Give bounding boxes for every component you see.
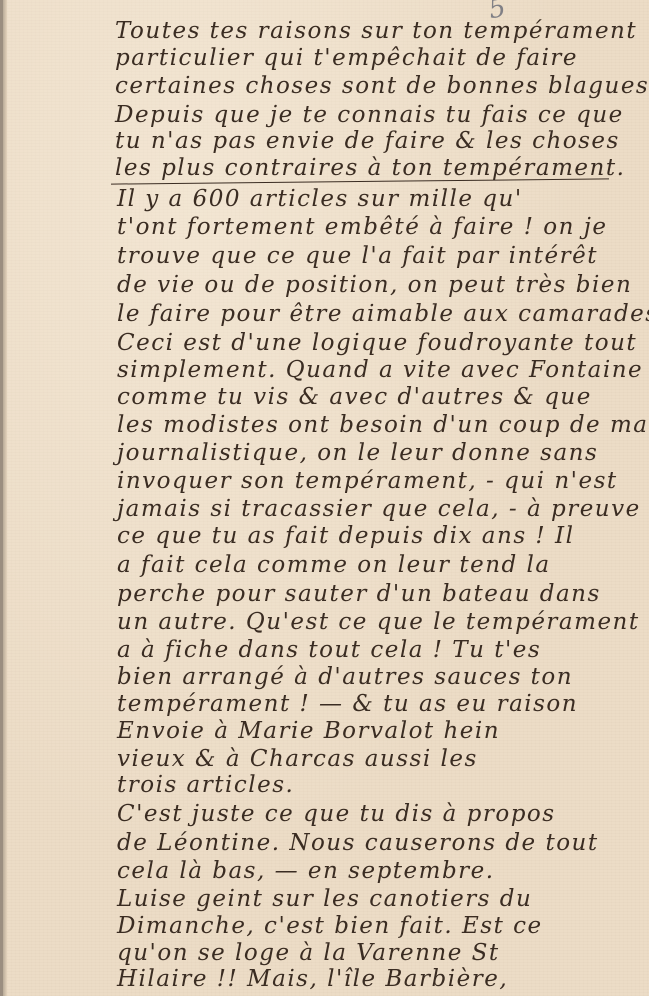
letter-line: de Léontine. Nous causerons de tout	[117, 830, 599, 856]
letter-line: t'ont fortement embêté à faire ! on je	[117, 214, 608, 240]
letter-line: Depuis que je te connais tu fais ce que	[115, 102, 624, 128]
letter-line: Envoie à Marie Borvalot hein	[117, 718, 500, 744]
letter-line: bien arrangé à d'autres sauces ton	[117, 664, 573, 690]
letter-line: trouve que ce que l'a fait par intérêt	[117, 243, 598, 269]
letter-page: 5 Toutes tes raisons sur ton tempérament…	[0, 0, 649, 996]
letter-line: Ceci est d'une logique foudroyante tout	[117, 330, 637, 356]
letter-line: trois articles.	[117, 772, 294, 798]
letter-line: C'est juste ce que tu dis à propos	[117, 801, 556, 827]
letter-line: le faire pour être aimable aux camarades…	[117, 301, 649, 327]
letter-line: vieux & à Charcas aussi les	[117, 746, 478, 772]
letter-line: les plus contraires à ton tempérament.	[115, 155, 625, 181]
letter-line: de vie ou de position, on peut très bien	[117, 272, 632, 298]
letter-line: cela là bas, — en septembre.	[117, 858, 495, 884]
letter-line: Dimanche, c'est bien fait. Est ce	[117, 913, 543, 939]
letter-line: jamais si tracassier que cela, - à preuv…	[117, 496, 641, 522]
letter-line: Toutes tes raisons sur ton tempérament	[115, 18, 637, 44]
letter-line: journalistique, on le leur donne sans	[117, 440, 598, 466]
letter-line: a à fiche dans tout cela ! Tu t'es	[117, 637, 541, 663]
letter-line: Il y a 600 articles sur mille qu'	[117, 186, 523, 212]
letter-line: tu n'as pas envie de faire & les choses	[115, 128, 620, 154]
letter-line: particulier qui t'empêchait de faire	[115, 45, 578, 71]
letter-line: certaines choses sont de bonnes blagues.	[115, 73, 649, 99]
page-edge	[3, 0, 7, 996]
letter-line: Luise geint sur les canotiers du	[117, 886, 532, 912]
letter-line: tempérament ! — & tu as eu raison	[117, 691, 578, 717]
letter-line: Hilaire !! Mais, l'île Barbière,	[117, 966, 508, 992]
letter-line: comme tu vis & avec d'autres & que	[117, 384, 592, 410]
letter-line: perche pour sauter d'un bateau dans	[117, 581, 601, 607]
letter-line: qu'on se loge à la Varenne St	[117, 940, 500, 966]
letter-line: un autre. Qu'est ce que le tempérament	[117, 609, 640, 635]
letter-line: invoquer son tempérament, - qui n'est	[117, 468, 618, 494]
letter-line: les modistes ont besoin d'un coup de mai…	[117, 412, 649, 438]
letter-line: a fait cela comme on leur tend la	[117, 552, 551, 578]
letter-line: simplement. Quand a vite avec Fontaine	[117, 357, 643, 383]
letter-line: ce que tu as fait depuis dix ans ! Il	[117, 523, 574, 549]
